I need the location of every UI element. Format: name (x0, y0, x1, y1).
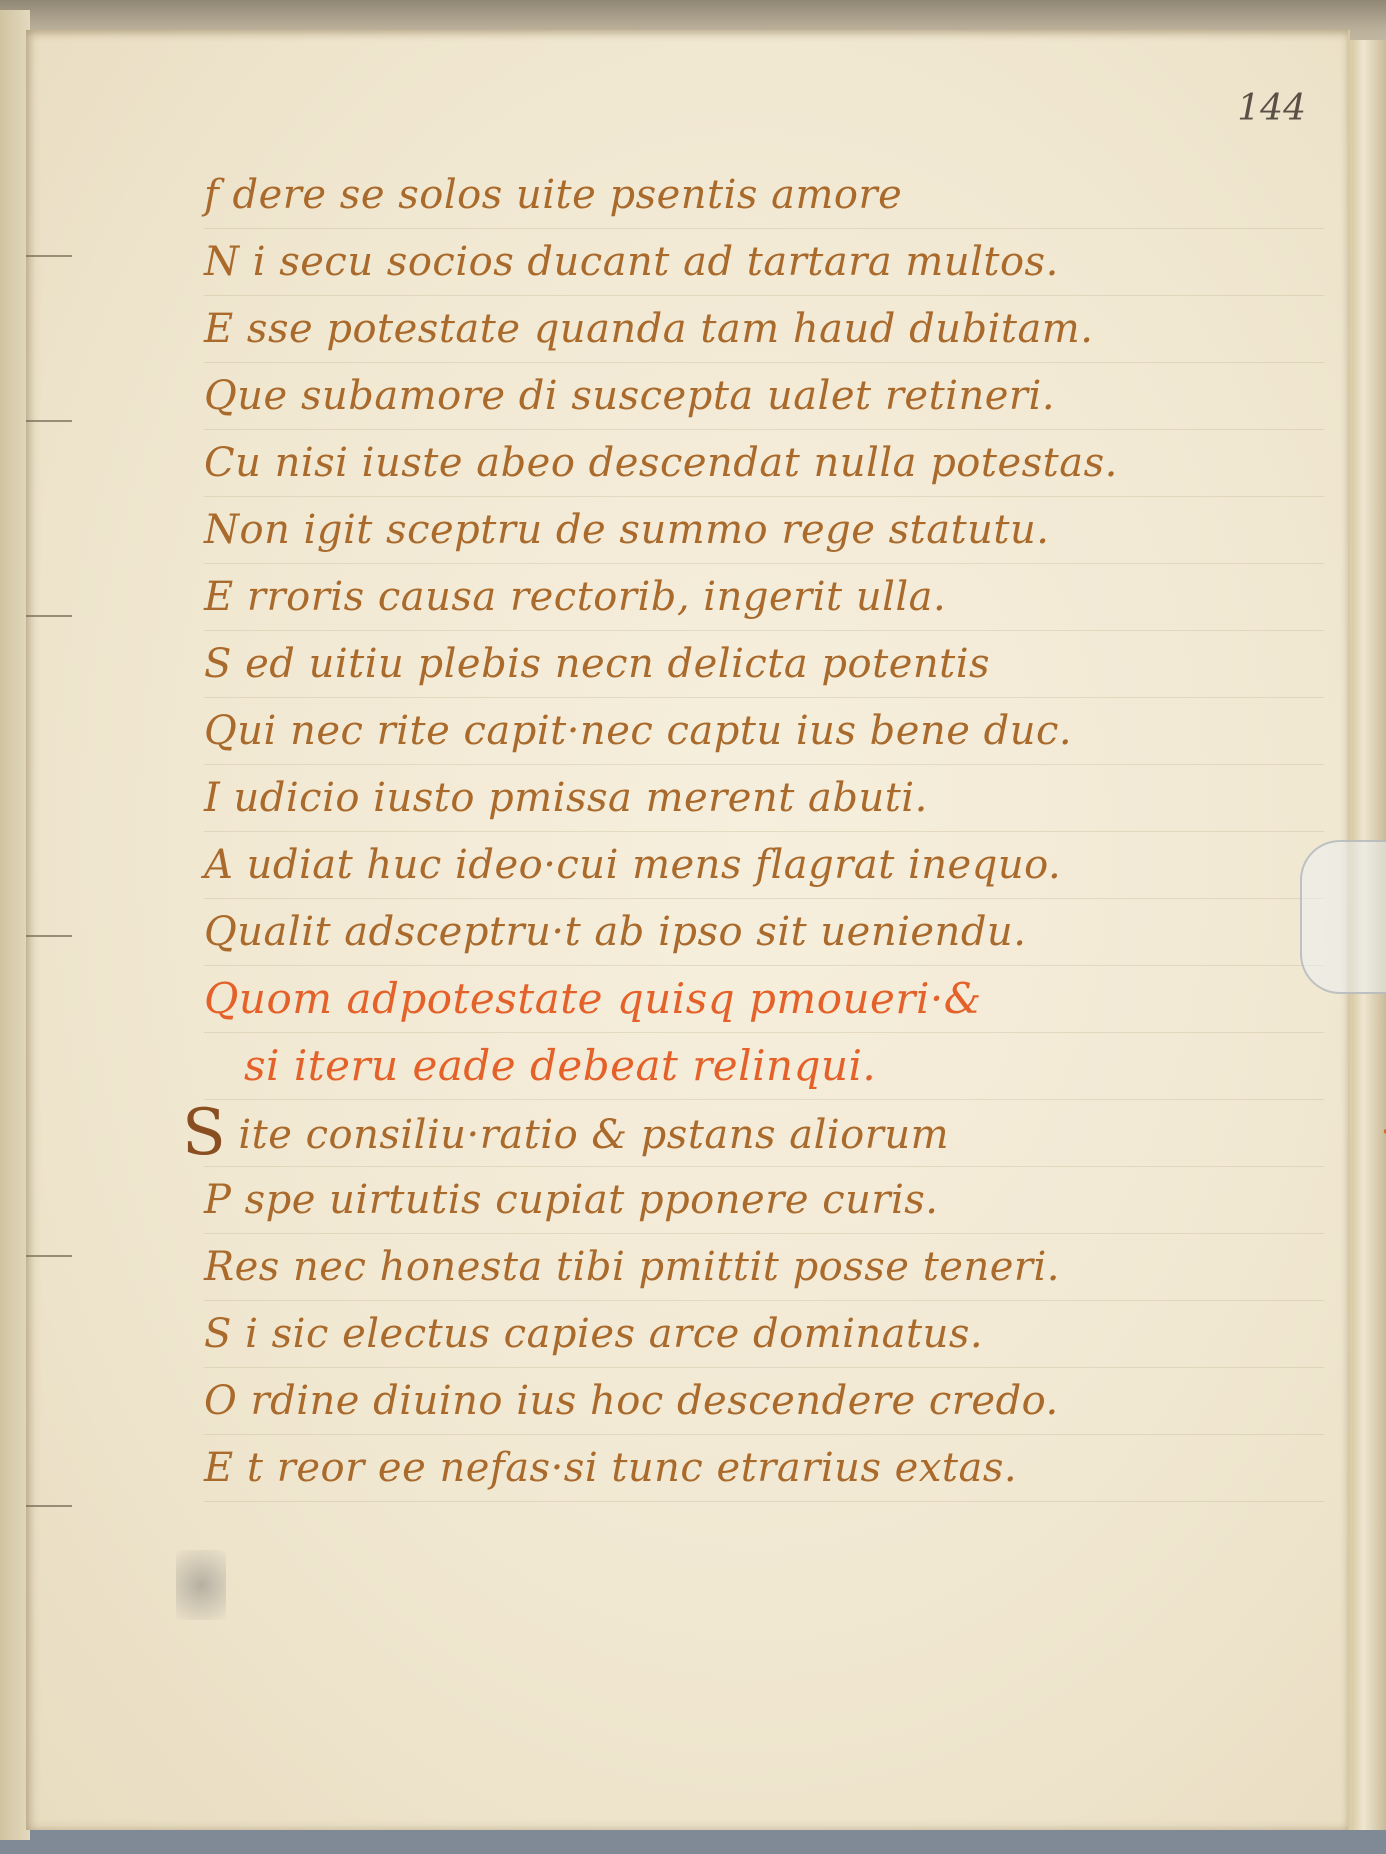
text-line: Res nec honesta tibi pmittit posse tener… (204, 1234, 1324, 1301)
binding-stitch (26, 420, 72, 422)
marginal-numeral: ·xx (1380, 1100, 1386, 1166)
text-line: I udicio iusto pmissa merent abuti. (204, 765, 1324, 832)
text-line: E t reor ee nefas·si tunc etrarius extas… (204, 1435, 1324, 1502)
text-block: f dere se solos uite psentis amore N i s… (204, 162, 1324, 1502)
text-line: N i secu socios ducant ad tartara multos… (204, 229, 1324, 296)
text-line-with-initial: Site consiliu·ratio & pstans aliorum ·xx (204, 1100, 1324, 1167)
decorated-initial: S (182, 1096, 226, 1170)
text-line: A udiat huc ideo·cui mens flagrat inequo… (204, 832, 1324, 899)
binding-stitch (26, 615, 72, 617)
text-line: E sse potestate quanda tam haud dubitam. (204, 296, 1324, 363)
binding-stitch (26, 935, 72, 937)
text-line: Cu nisi iuste abeo descendat nulla potes… (204, 430, 1324, 497)
text-line: Qui nec rite capit·nec captu ius bene du… (204, 698, 1324, 765)
text-line: S ed uitiu plebis necn delicta potentis (204, 631, 1324, 698)
ink-smudge (176, 1550, 226, 1620)
rubric-heading-line: Quom adpotestate quisq pmoueri·& (204, 966, 1324, 1033)
folio-number: 144 (1237, 88, 1306, 129)
binding-stitch (26, 1505, 72, 1507)
text-line: S i sic electus capies arce dominatus. (204, 1301, 1324, 1368)
binding-stitch (26, 1255, 72, 1257)
text-line: Qualit adsceptru·t ab ipso sit ueniendu. (204, 899, 1324, 966)
text-line: Non igit sceptru de summo rege statutu. (204, 497, 1324, 564)
text-line: P spe uirtutis cupiat pponere curis. (204, 1167, 1324, 1234)
rubric-heading-line: si iteru eade debeat relinqui. (204, 1033, 1324, 1100)
binding-stitch (26, 255, 72, 257)
manuscript-page: 144 f dere se solos uite psentis amore N… (26, 30, 1350, 1830)
text-line: O rdine diuino ius hoc descendere credo. (204, 1368, 1324, 1435)
page-marker-tab (1300, 840, 1386, 994)
text-line: E rroris causa rectorib, ingerit ulla. (204, 564, 1324, 631)
text-line: Que subamore di suscepta ualet retineri. (204, 363, 1324, 430)
text-line: f dere se solos uite psentis amore (204, 162, 1324, 229)
text-line-body: ite consiliu·ratio & pstans aliorum (238, 1112, 949, 1158)
